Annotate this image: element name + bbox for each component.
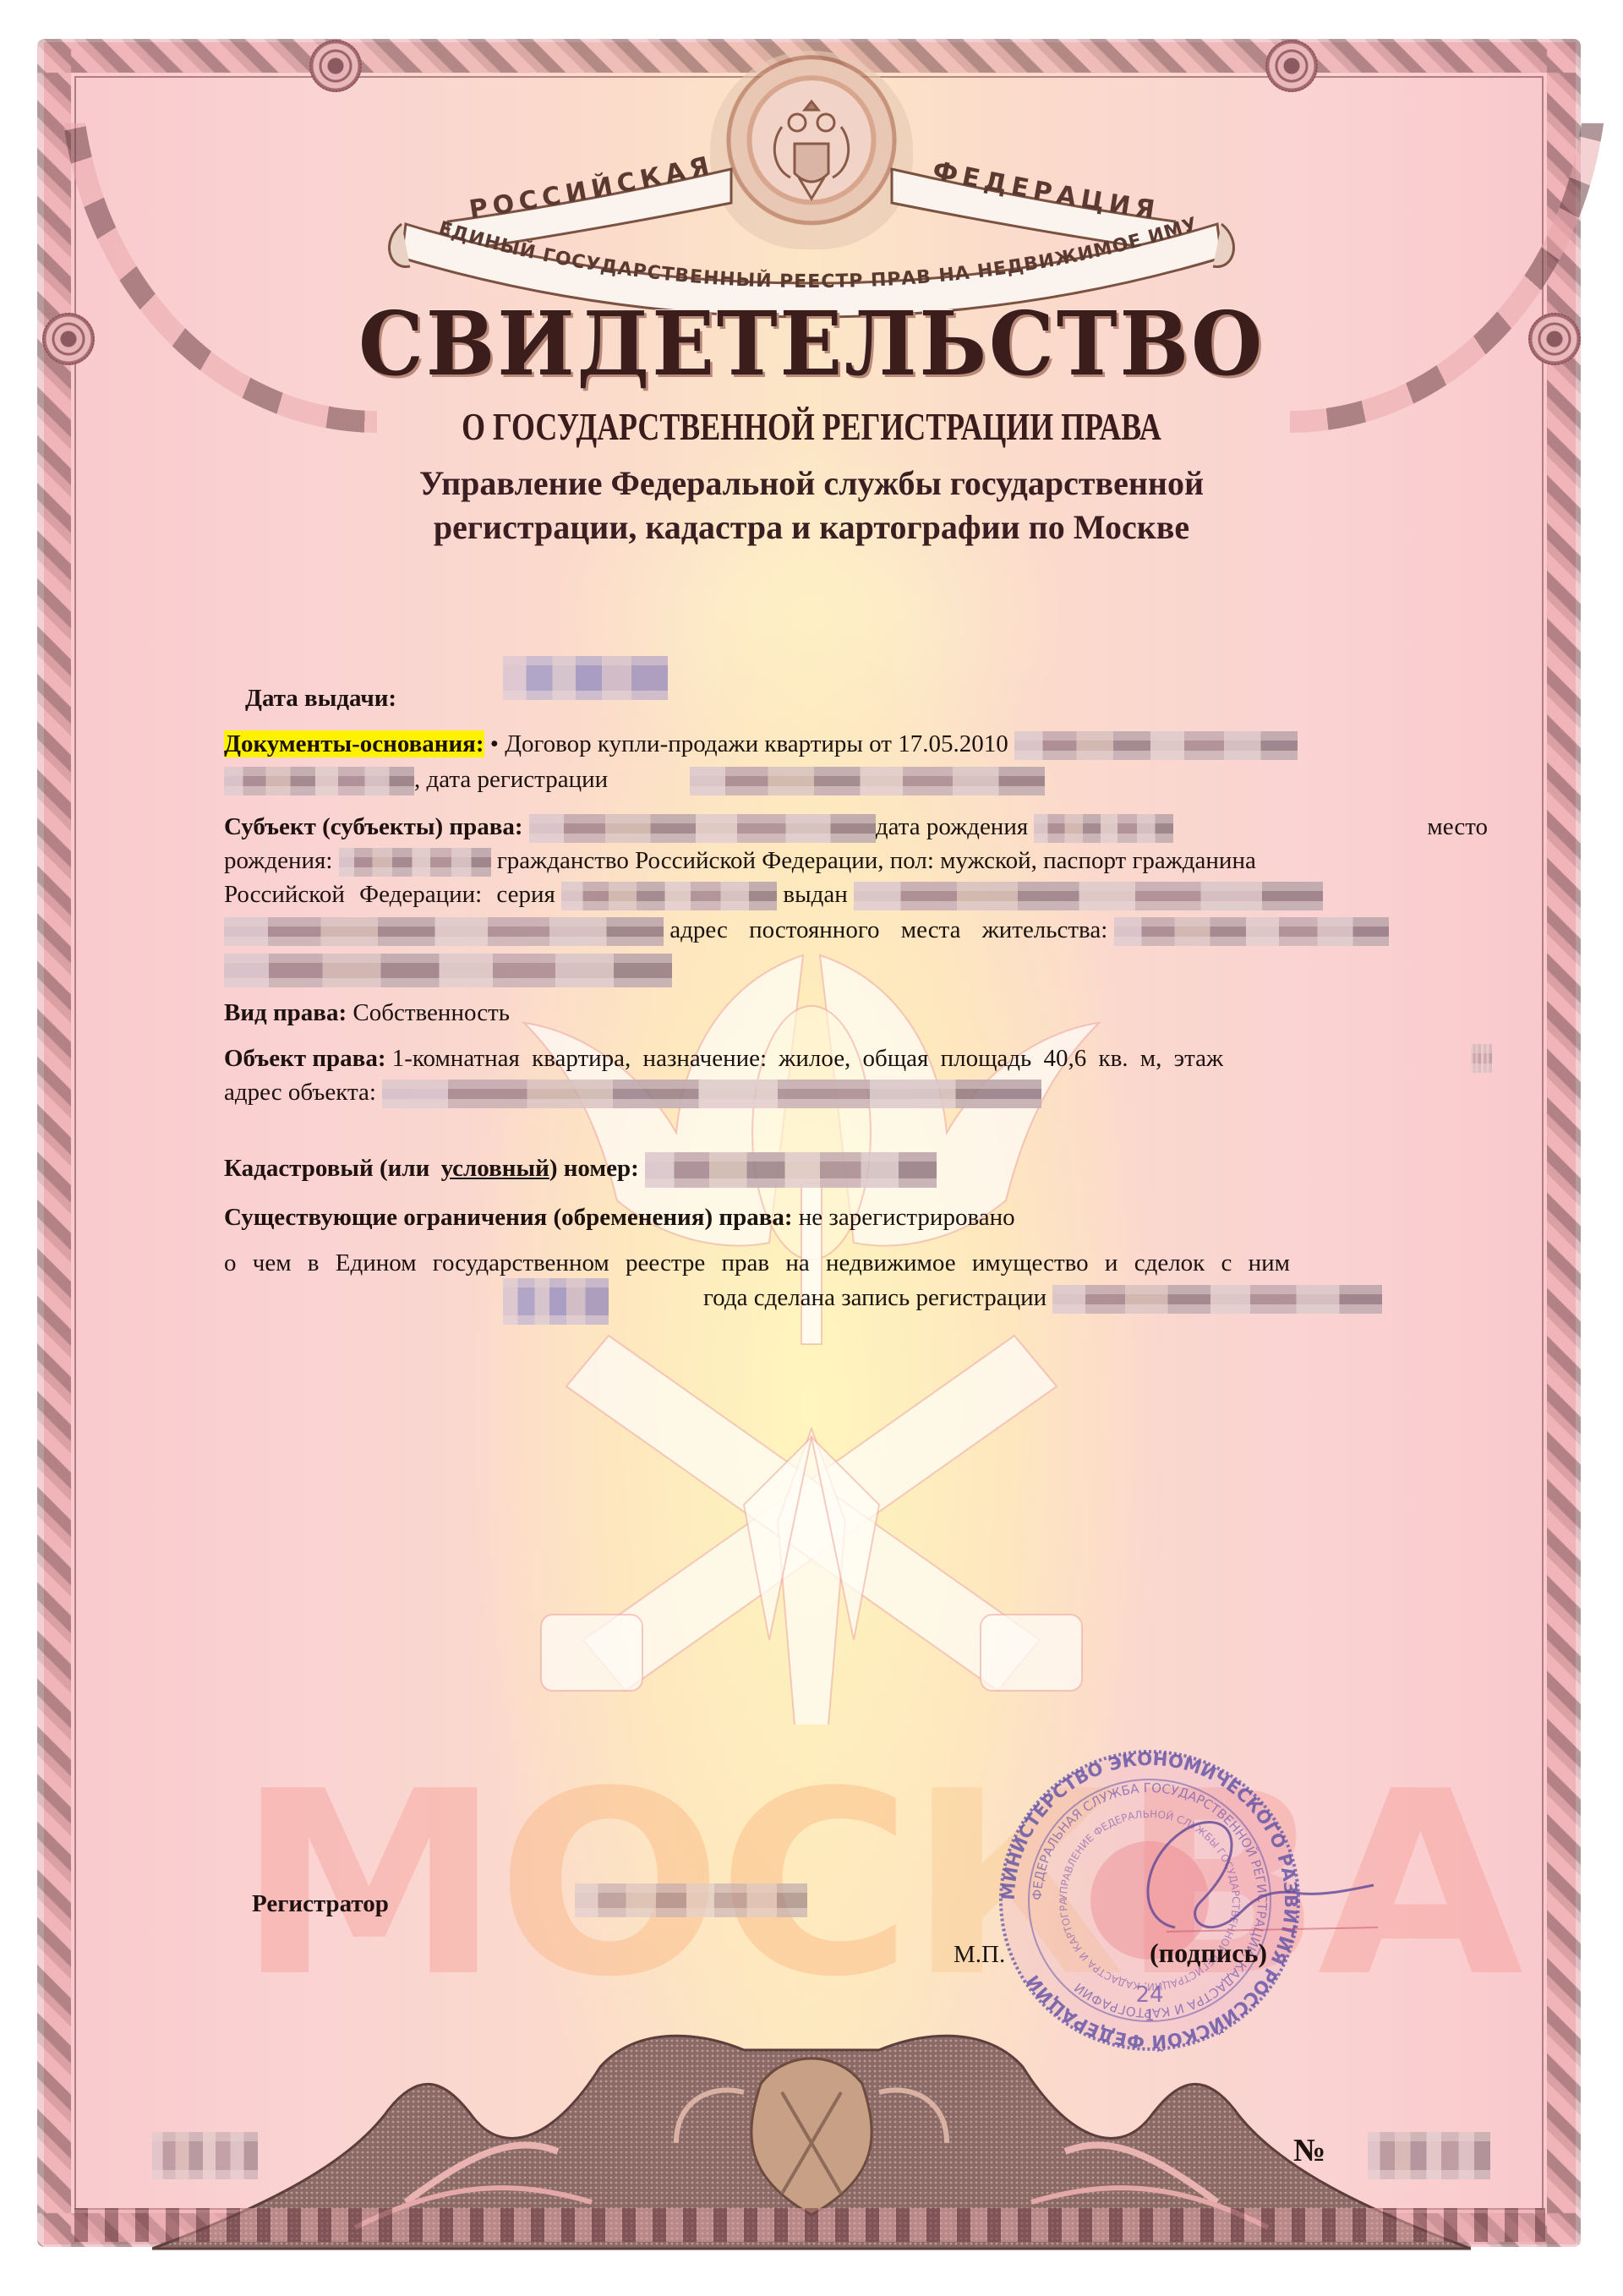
bottom-border-band <box>74 2208 1545 2242</box>
rosette-icon <box>309 40 362 92</box>
citizenship-text: гражданство Российской Федерации, пол: м… <box>497 847 1256 874</box>
object-label: Объект права: <box>224 1045 385 1072</box>
ribbon-banner: РОССИЙСКАЯ ФЕДЕРАЦИЯ ЕДИНЫЙ ГОСУДАРСТВЕН… <box>397 144 1226 245</box>
registration-date-label: , дата регистрации <box>414 766 608 793</box>
agency-name-line1: Управление Федеральной службы государств… <box>0 463 1623 503</box>
passport-series-redacted <box>561 882 777 910</box>
passport-text: Российской Федерации: серия <box>224 881 555 908</box>
right-type-row: Вид права: Собственность <box>224 996 510 1030</box>
basis-documents-redacted-2 <box>224 767 414 795</box>
right-type-label: Вид права: <box>224 999 347 1026</box>
registrar-name-redacted <box>575 1883 807 1917</box>
cadastral-label-a: Кадастровый (или <box>224 1155 429 1182</box>
subject-row-4: адрес постоянного места жительства: <box>224 913 1488 947</box>
issue-date-row: Дата выдачи: <box>245 681 396 715</box>
cadastral-label-b: ) номер: <box>549 1155 639 1182</box>
series-redacted <box>152 2132 258 2179</box>
residence-redacted <box>1114 917 1389 946</box>
subject-row-1: Субъект (субъекты) права: дата рождения … <box>224 810 1488 844</box>
object-address-label: адрес объекта: <box>224 1079 376 1106</box>
issued-label: выдан <box>783 881 847 908</box>
floor-redacted <box>1471 1044 1492 1073</box>
registration-date-redacted <box>690 767 1045 795</box>
right-type-value: Собственность <box>352 999 510 1026</box>
birth-date-redacted <box>1034 814 1173 843</box>
registrar-row: Регистратор <box>252 1887 389 1921</box>
basis-documents-row: Документы-основания: • Договор купли-про… <box>224 727 1298 761</box>
encumbrances-value: не зарегистрировано <box>799 1204 1015 1231</box>
subject-row-2: рождения: гражданство Российской Федерац… <box>224 844 1488 877</box>
signature-label-row: (подпись) <box>1150 1936 1267 1970</box>
cadastral-row: Кадастровый (или условный) номер: <box>224 1151 937 1188</box>
seal-label: М.П. <box>954 1941 1005 1968</box>
agency-name-line2: регистрации, кадастра и картографии по М… <box>0 507 1623 547</box>
residence-label: адрес постоянного места жительства: <box>669 916 1107 943</box>
object-value: 1-комнатная квартира, назначение: жилое,… <box>392 1045 1223 1072</box>
certificate-number-redacted <box>1368 2132 1490 2179</box>
birth-date-label: дата рождения <box>876 813 1028 840</box>
number-sign: № <box>1293 2132 1325 2169</box>
residence-redacted-2 <box>224 954 672 987</box>
birth-place-label-b: рождения: <box>224 847 332 874</box>
rosette-icon <box>1265 40 1318 92</box>
seal-label-row: М.П. <box>954 1938 1005 1971</box>
document-subtitle: О ГОСУДАРСТВЕННОЙ РЕГИСТРАЦИИ ПРАВА <box>178 404 1445 449</box>
cadastral-number-redacted <box>645 1152 937 1188</box>
encumbrances-row: Существующие ограничения (обременения) п… <box>224 1200 1015 1234</box>
registry-note-line1: о чем в Едином государственном реестре п… <box>224 1246 1489 1280</box>
issued-by-redacted-2 <box>224 917 664 946</box>
object-row: Объект права: 1-комнатная квартира, назн… <box>224 1041 1467 1075</box>
registry-note-line2-row: года сделана запись регистрации <box>703 1281 1382 1315</box>
document-title: СВИДЕТЕЛЬСТВО <box>57 292 1566 396</box>
registry-note-line2: года сделана запись регистрации <box>703 1284 1046 1311</box>
object-address-redacted <box>382 1080 1041 1108</box>
registrar-label: Регистратор <box>252 1890 389 1917</box>
issue-date-label: Дата выдачи: <box>245 685 396 712</box>
signature-label: (подпись) <box>1150 1938 1267 1968</box>
stamp-sub-number: 1 <box>1145 2007 1154 2025</box>
object-address-row: адрес объекта: <box>224 1075 1041 1109</box>
basis-documents-text: Договор купли-продажи квартиры от 17.05.… <box>505 730 1008 757</box>
subject-label: Субъект (субъекты) права: <box>224 813 523 840</box>
basis-documents-redacted <box>1014 731 1298 760</box>
subject-name-redacted <box>529 814 876 843</box>
birth-place-label-a: место <box>1427 810 1488 844</box>
stamp-number: 24 <box>1135 1982 1163 2008</box>
bullet: • <box>490 730 499 757</box>
issued-by-redacted <box>854 882 1323 910</box>
registry-date-redacted <box>503 1278 609 1325</box>
encumbrances-label: Существующие ограничения (обременения) п… <box>224 1204 793 1231</box>
basis-documents-label: Документы-основания: <box>224 730 484 757</box>
birth-place-redacted <box>339 848 491 877</box>
cadastral-label-underlined: условный <box>441 1155 549 1182</box>
basis-documents-row-2: , дата регистрации <box>224 763 1045 796</box>
issue-date-redacted <box>503 656 668 700</box>
record-number-redacted <box>1052 1285 1382 1314</box>
subject-row-3: Российской Федерации: серия выдан <box>224 877 1488 911</box>
